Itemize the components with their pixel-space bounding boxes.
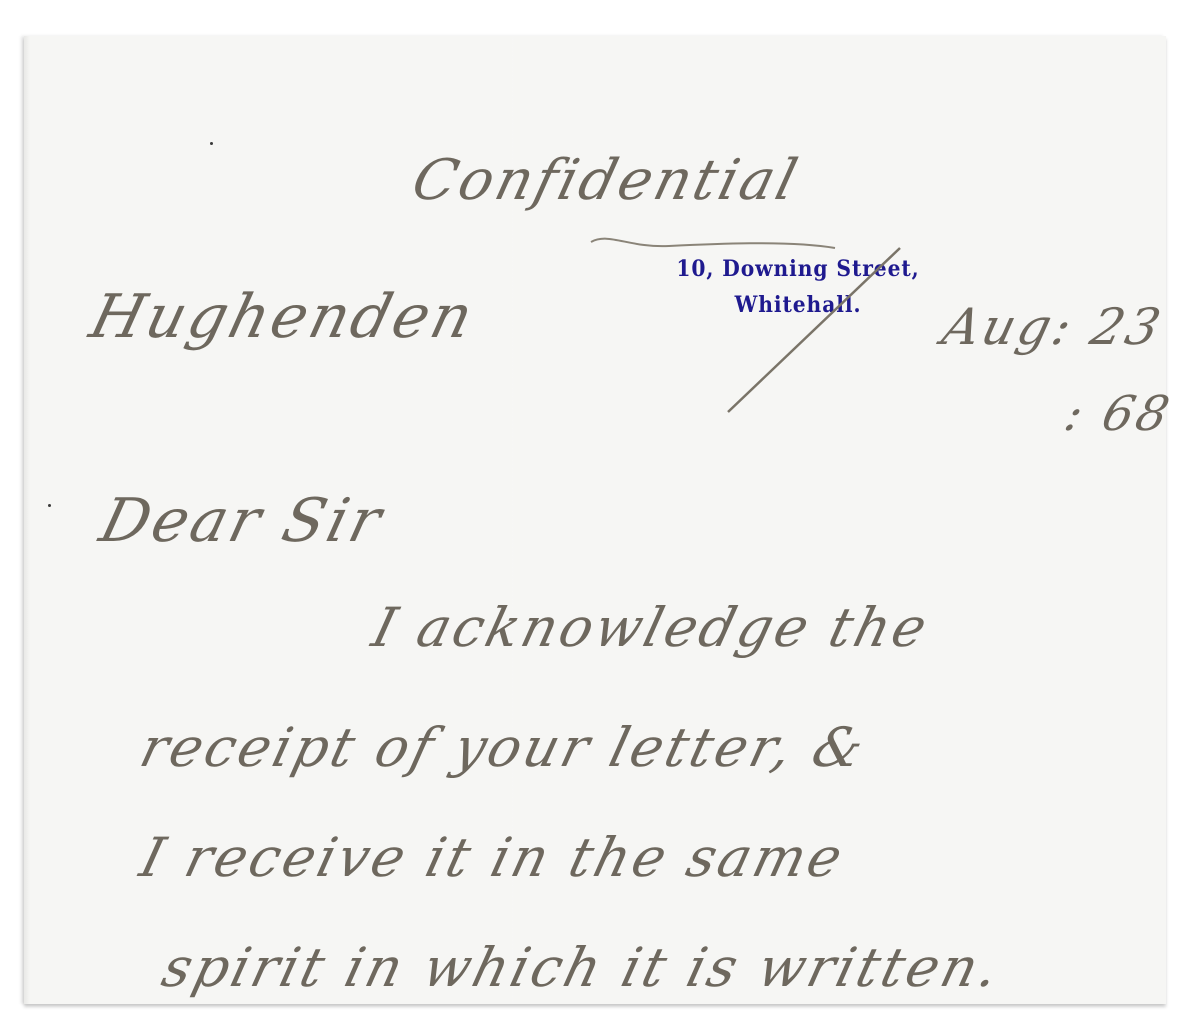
date-year: : 68: [1059, 386, 1177, 442]
paper-edge: [24, 36, 30, 1004]
body-line: spirit in which it is written.: [156, 936, 1008, 999]
place-name: Hughenden: [83, 282, 482, 352]
confidential-heading: Confidential: [406, 148, 806, 213]
date-month-day: Aug: 23: [937, 298, 1169, 356]
salutation: Dear Sir: [93, 486, 391, 556]
body-line: I acknowledge the: [366, 596, 936, 659]
ink-speck: [48, 504, 51, 507]
body-line: receipt of your letter, &: [134, 716, 873, 779]
ink-speck: [210, 142, 213, 145]
letter-sheet: 10, Downing Street, Whitehall. Confident…: [24, 36, 1166, 1004]
body-line: I receive it in the same: [134, 826, 851, 889]
date-slash-stroke: [720, 246, 910, 416]
